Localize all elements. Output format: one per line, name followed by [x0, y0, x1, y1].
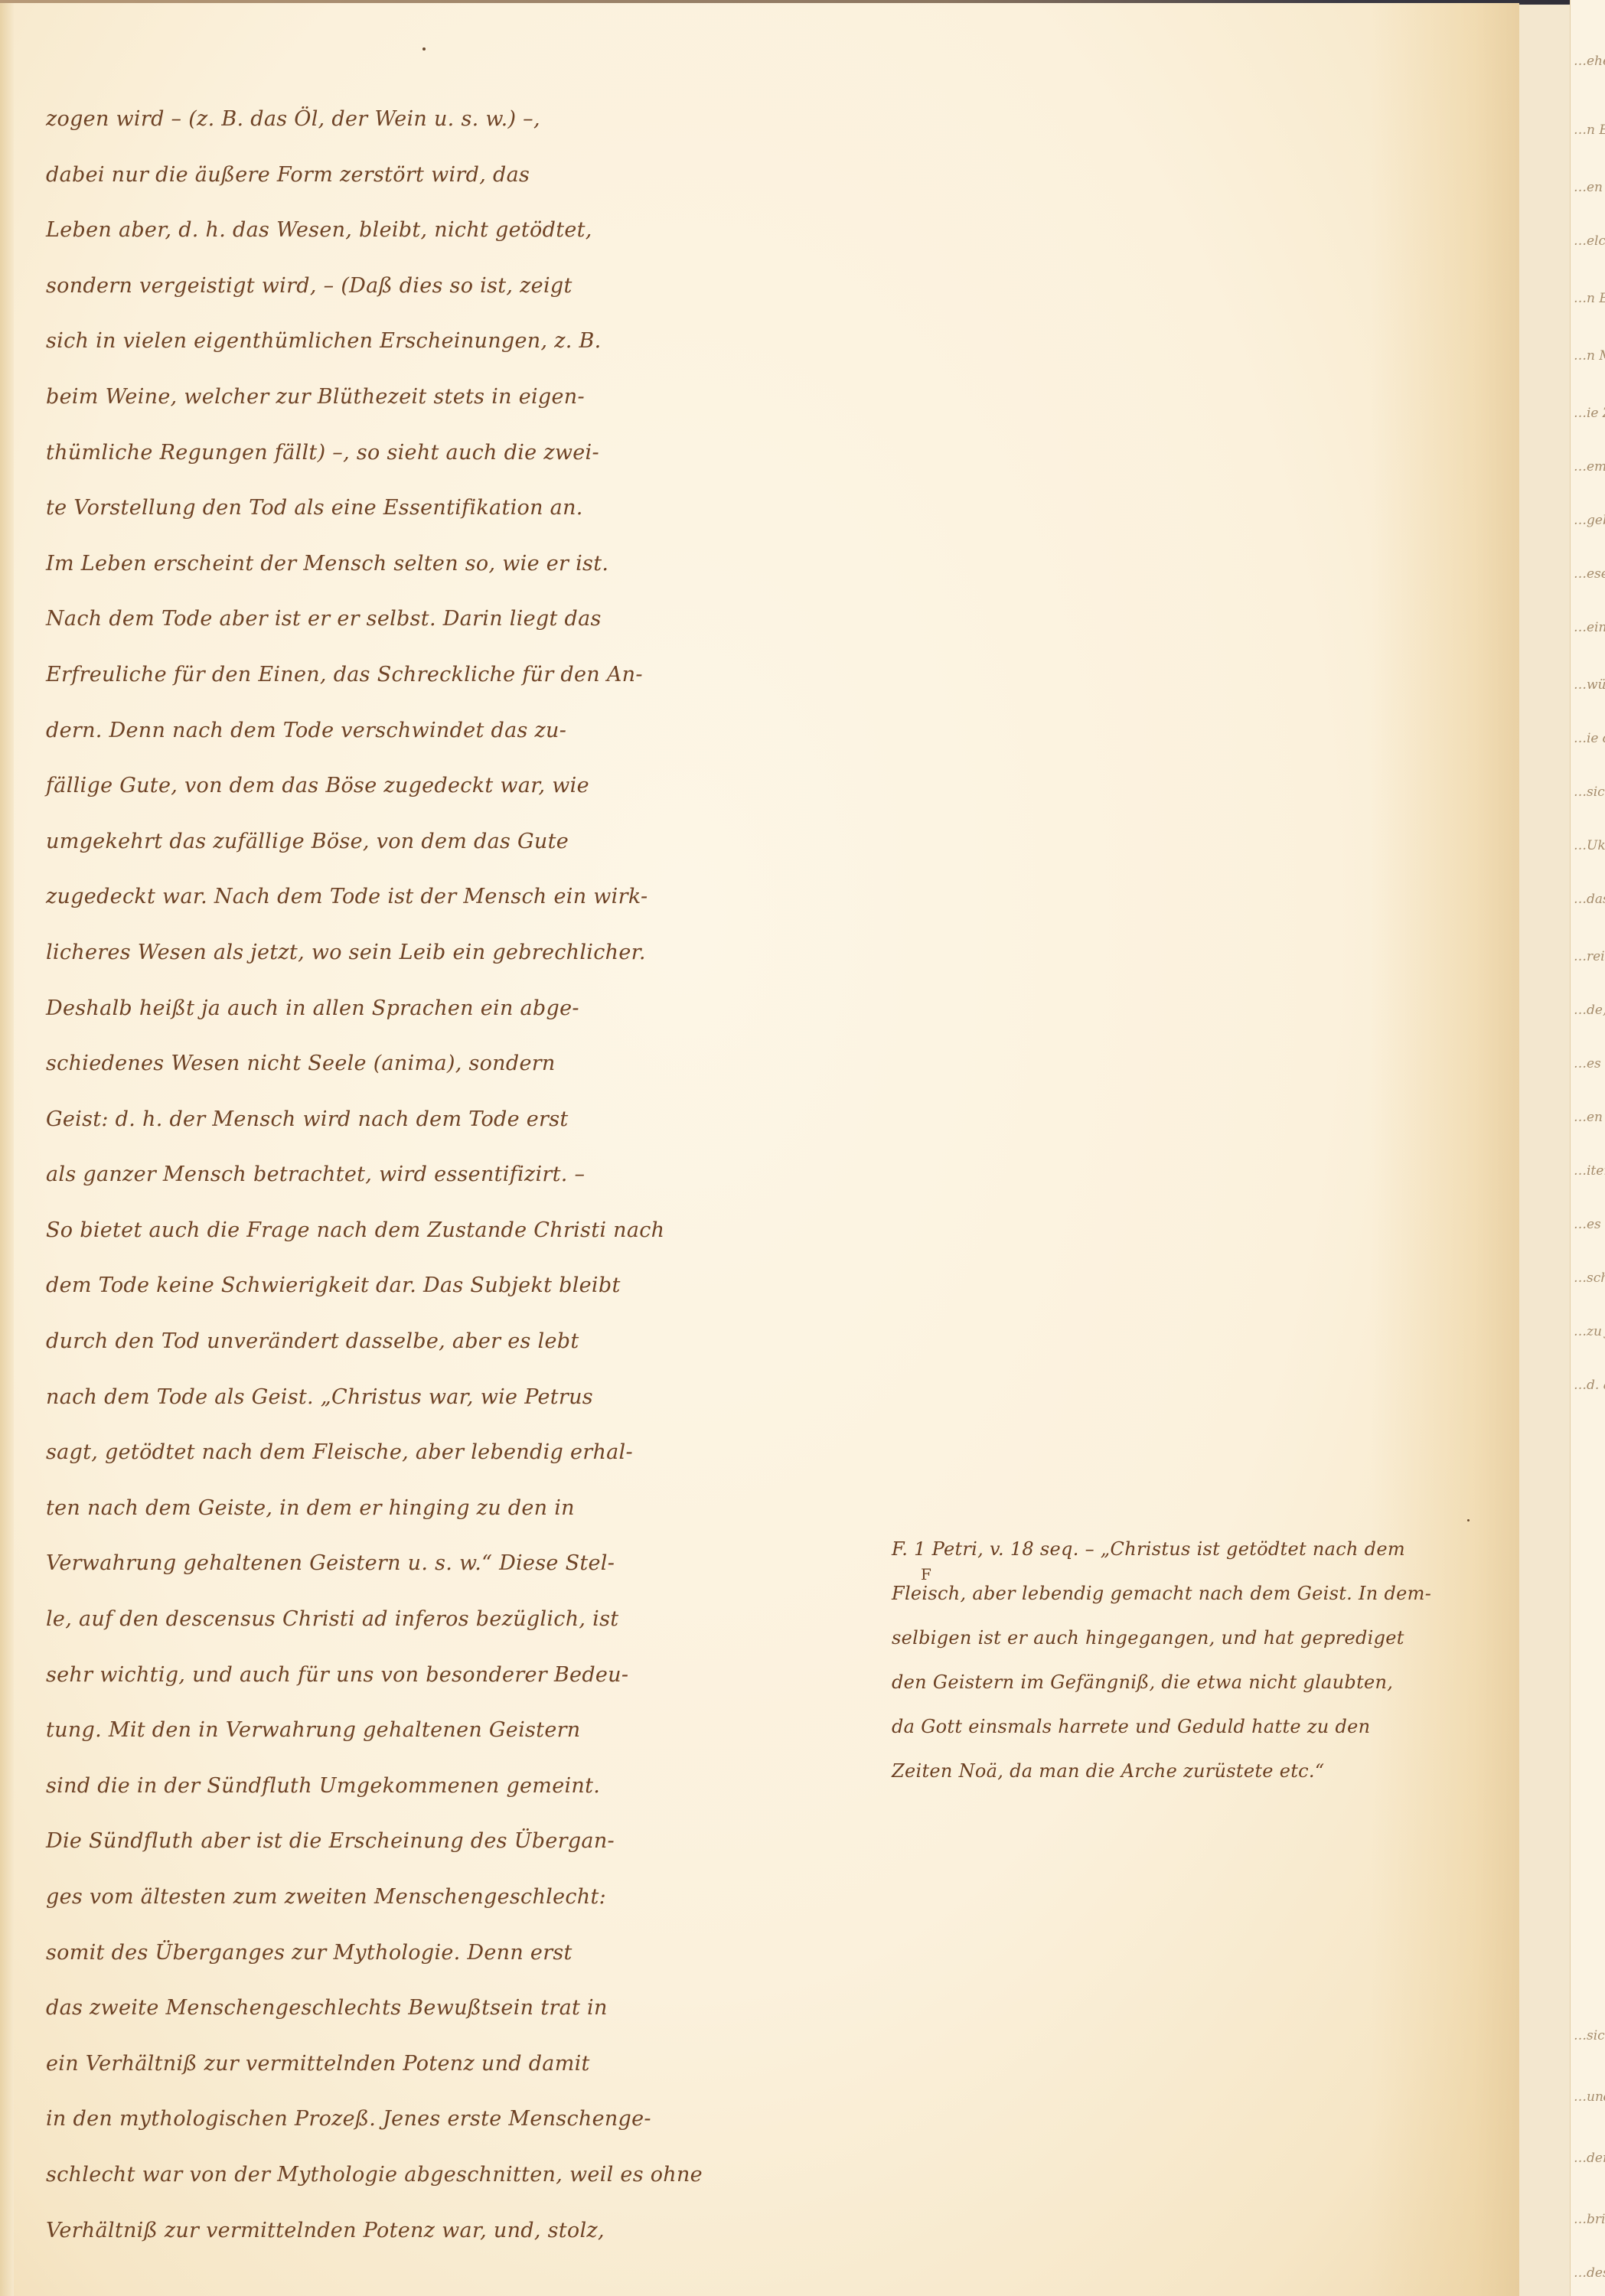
adjacent-fragment: …em hat…	[1574, 459, 1605, 475]
adjacent-fragment: …sich auf…	[1574, 2028, 1605, 2043]
adjacent-fragment: …gebrach…	[1574, 513, 1605, 528]
adjacent-fragment: …es geis…	[1574, 1217, 1605, 1232]
text-line: Leben aber, d. h. das Wesen, bleibt, nic…	[46, 203, 880, 259]
adjacent-fragment: …esen Ve…	[1574, 566, 1605, 582]
adjacent-fragment: …ehen Zeu…	[1574, 54, 1605, 69]
adjacent-fragment: …iten B…	[1574, 1163, 1605, 1179]
adjacent-fragment: …de, ein…	[1574, 1003, 1605, 1018]
adjacent-fragment: …bring…	[1574, 2212, 1605, 2227]
main-text-column: zogen wird – (z. B. das Öl, der Wein u. …	[46, 92, 880, 2258]
adjacent-fragment: …en Geiste…	[1574, 180, 1605, 195]
marginal-footnote: F. 1 Petri, v. 18 seq. – „Christus ist g…	[892, 1527, 1573, 1793]
text-line: tung. Mit den in Verwahrung gehaltenen G…	[46, 1703, 880, 1759]
adjacent-fragment: …eine Ph…	[1574, 620, 1605, 635]
text-line: te Vorstellung den Tod als eine Essentif…	[46, 481, 880, 536]
text-line: dem Tode keine Schwierigkeit dar. Das Su…	[46, 1258, 880, 1314]
ink-speck	[422, 47, 426, 51]
text-line: le, auf den descensus Christi ad inferos…	[46, 1592, 880, 1648]
footnote-line: Zeiten Noä, da man die Arche zurüstete e…	[892, 1749, 1573, 1793]
text-line: Verwahrung gehaltenen Geistern u. s. w.“…	[46, 1536, 880, 1592]
text-line: nach dem Tode als Geist. „Christus war, …	[46, 1370, 880, 1426]
text-line: Erfreuliche für den Einen, das Schreckli…	[46, 647, 880, 703]
text-line: dabei nur die äußere Form zerstört wird,…	[46, 148, 880, 204]
footnote-line: F. 1 Petri, v. 18 seq. – „Christus ist g…	[892, 1527, 1573, 1571]
adjacent-page-edge: …ehen Zeu… …n Erlös… …en Geiste… …elchem…	[1570, 0, 1605, 2296]
text-line: Die Sündfluth aber ist die Erscheinung d…	[46, 1814, 880, 1870]
adjacent-fragment: …n Mediat…	[1574, 348, 1605, 364]
text-line: So bietet auch die Frage nach dem Zustan…	[46, 1203, 880, 1259]
adjacent-fragment: …elchem ha…	[1574, 233, 1605, 249]
text-line: sind die in der Sündfluth Umgekommenen g…	[46, 1759, 880, 1815]
text-line: Geist: d. h. der Mensch wird nach dem To…	[46, 1092, 880, 1148]
text-line: dern. Denn nach dem Tode verschwindet da…	[46, 703, 880, 759]
ink-speck	[1467, 1519, 1470, 1521]
text-line: umgekehrt das zufällige Böse, von dem da…	[46, 814, 880, 870]
adjacent-fragment: …ie Zeit…	[1574, 406, 1605, 421]
adjacent-fragment: …Ukrafte…	[1574, 838, 1605, 853]
adjacent-fragment: …es sein…	[1574, 1056, 1605, 1071]
text-line: ein Verhältniß zur vermittelnden Potenz …	[46, 2037, 880, 2092]
adjacent-fragment: …und…	[1574, 2089, 1605, 2105]
text-line: das zweite Menschengeschlechts Bewußtsei…	[46, 1981, 880, 2037]
adjacent-fragment: …en Stell…	[1574, 1110, 1605, 1125]
text-line: schiedenes Wesen nicht Seele (anima), so…	[46, 1036, 880, 1092]
adjacent-fragment: …d. als Ab…	[1574, 1378, 1605, 1393]
page-left-edge	[0, 3, 14, 2296]
text-line: sondern vergeistigt wird, – (Daß dies so…	[46, 259, 880, 315]
text-line: in den mythologischen Prozeß. Jenes erst…	[46, 2092, 880, 2148]
text-line: schlecht war von der Mythologie abgeschn…	[46, 2148, 880, 2203]
page-gutter-shadow	[1370, 3, 1519, 2296]
text-line: zugedeckt war. Nach dem Tode ist der Men…	[46, 869, 880, 925]
footnote-line: Fleisch, aber lebendig gemacht nach dem …	[892, 1571, 1573, 1616]
text-line: licheres Wesen als jetzt, wo sein Leib e…	[46, 925, 880, 981]
text-line: thümliche Regungen fällt) –, so sieht au…	[46, 426, 880, 481]
text-line: zogen wird – (z. B. das Öl, der Wein u. …	[46, 92, 880, 148]
adjacent-fragment: …n Erlös…	[1574, 122, 1605, 138]
text-line: ges vom ältesten zum zweiten Menschenges…	[46, 1870, 880, 1926]
text-line: sehr wichtig, und auch für uns von beson…	[46, 1648, 880, 1704]
text-line: somit des Überganges zur Mythologie. Den…	[46, 1926, 880, 1981]
adjacent-fragment: …ie deßh…	[1574, 731, 1605, 746]
adjacent-fragment: …dem ge…	[1574, 2151, 1605, 2166]
text-line: beim Weine, welcher zur Blüthezeit stets…	[46, 370, 880, 426]
adjacent-fragment: …reiste L…	[1574, 949, 1605, 964]
text-line: sich in vielen eigenthümlichen Erscheinu…	[46, 314, 880, 370]
text-line: sagt, getödtet nach dem Fleische, aber l…	[46, 1425, 880, 1481]
text-line: fällige Gute, von dem das Böse zugedeckt…	[46, 758, 880, 814]
adjacent-fragment: …würde…	[1574, 677, 1605, 693]
adjacent-fragment: …zu jene…	[1574, 1324, 1605, 1339]
adjacent-fragment: …sich von…	[1574, 784, 1605, 800]
text-line: Verhältniß zur vermittelnden Potenz war,…	[46, 2203, 880, 2259]
footnote-line: den Geistern im Gefängniß, die etwa nich…	[892, 1660, 1573, 1704]
adjacent-fragment: …schiese…	[1574, 1270, 1605, 1286]
text-line: Im Leben erscheint der Mensch selten so,…	[46, 536, 880, 592]
footnote-line: da Gott einsmals harrete und Geduld hatt…	[892, 1704, 1573, 1749]
adjacent-fragment: …des n…	[1574, 2265, 1605, 2281]
text-line: Nach dem Tode aber ist er er selbst. Dar…	[46, 592, 880, 647]
text-line: ten nach dem Geiste, in dem er hinging z…	[46, 1481, 880, 1537]
text-line: als ganzer Mensch betrachtet, wird essen…	[46, 1147, 880, 1203]
text-line: Deshalb heißt ja auch in allen Sprachen …	[46, 981, 880, 1037]
footnote-line: selbigen ist er auch hingegangen, und ha…	[892, 1616, 1573, 1660]
adjacent-fragment: …das ge…	[1574, 892, 1605, 907]
adjacent-fragment: …n Erlösun…	[1574, 291, 1605, 306]
text-line: durch den Tod unverändert dasselbe, aber…	[46, 1314, 880, 1370]
